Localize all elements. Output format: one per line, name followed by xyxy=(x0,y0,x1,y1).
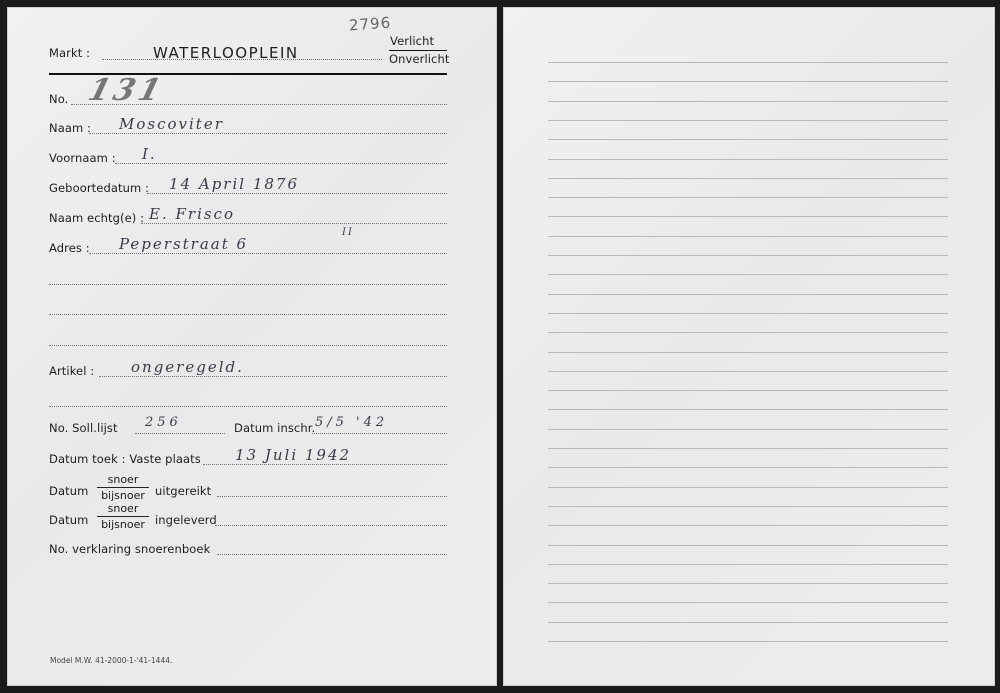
no-value: 131 xyxy=(84,73,168,108)
datum-toek-label: Datum toek : Vaste plaats xyxy=(49,452,201,466)
no-soll-lijst-field-line xyxy=(135,433,225,434)
ruled-line xyxy=(548,429,948,430)
datum-uitgereikt-prefix: Datum xyxy=(49,484,88,498)
ruled-line xyxy=(548,101,948,102)
ruled-line xyxy=(548,197,948,198)
ruled-line xyxy=(548,178,948,179)
lighting-option-verlicht: Verlicht xyxy=(390,34,434,48)
ruled-line xyxy=(548,236,948,237)
no-soll-lijst-label: No. Soll.lijst xyxy=(49,421,118,435)
archive-number: 2796 xyxy=(348,14,391,35)
naam-label: Naam : xyxy=(49,121,91,135)
ruled-line xyxy=(548,332,948,333)
fraction-top-snoer: snoer xyxy=(97,473,149,488)
datum-ingeleverd-suffix: ingeleverd xyxy=(155,513,217,527)
adres-extra-line-3 xyxy=(49,345,447,346)
artikel-label: Artikel : xyxy=(49,364,94,378)
ruled-line xyxy=(548,255,948,256)
adres-extra-line-1 xyxy=(49,284,447,285)
naam-value: Moscoviter xyxy=(119,115,224,133)
ruled-line xyxy=(548,390,948,391)
form-model-number: Model M.W. 41-2000-1-'41-1444. xyxy=(50,656,172,665)
naam-field-line xyxy=(89,133,447,134)
ruled-line xyxy=(548,62,948,63)
snoer-bijsnoer-fraction: snoer bijsnoer xyxy=(97,473,149,502)
markt-label: Markt : xyxy=(49,46,90,60)
ruled-line xyxy=(548,525,948,526)
datum-toek-field-line xyxy=(203,464,447,465)
ruled-line xyxy=(548,409,948,410)
voornaam-field-line xyxy=(115,163,447,164)
ruled-line xyxy=(548,274,948,275)
ruled-line xyxy=(548,352,948,353)
artikel-extra-line xyxy=(49,406,447,407)
registration-card-back xyxy=(503,7,995,686)
ruled-line xyxy=(548,120,948,121)
ruled-line xyxy=(548,159,948,160)
ruled-line xyxy=(548,81,948,82)
datum-inschr-label: Datum inschr. xyxy=(234,421,315,435)
datum-inschr-field-line xyxy=(312,433,447,434)
lighting-option-onverlicht: Onverlicht xyxy=(389,52,449,66)
adres-field-line xyxy=(89,253,447,254)
no-verklaring-field-line xyxy=(217,554,447,555)
datum-ingeleverd-prefix: Datum xyxy=(49,513,88,527)
ruled-line xyxy=(548,622,948,623)
ruled-line xyxy=(548,583,948,584)
artikel-value: ongeregeld. xyxy=(131,358,244,376)
ruled-line xyxy=(548,467,948,468)
ruled-line xyxy=(548,371,948,372)
adres-floor-sup: II xyxy=(342,227,354,238)
fraction-bottom-bijsnoer: bijsnoer xyxy=(97,517,149,531)
naam-echtgenote-label: Naam echtg(e) : xyxy=(49,211,144,225)
ruled-line xyxy=(548,313,948,314)
artikel-field-line xyxy=(99,376,447,377)
datum-uitgereikt-field-line xyxy=(217,496,447,497)
ruled-line xyxy=(548,545,948,546)
datum-inschr-value: 5/5 '42 xyxy=(315,415,388,430)
no-soll-lijst-value: 256 xyxy=(145,415,182,430)
naam-echtgenote-field-line xyxy=(141,223,447,224)
ruled-line xyxy=(548,216,948,217)
adres-extra-line-2 xyxy=(49,314,447,315)
ruled-line xyxy=(548,139,948,140)
snoer-bijsnoer-fraction: snoer bijsnoer xyxy=(97,502,149,531)
no-verklaring-label: No. verklaring snoerenboek xyxy=(49,542,210,556)
voornaam-label: Voornaam : xyxy=(49,151,116,165)
ruled-line xyxy=(548,564,948,565)
naam-echtgenote-value: E. Frisco xyxy=(149,205,235,223)
geboortedatum-label: Geboortedatum : xyxy=(49,181,149,195)
ruled-line xyxy=(548,641,948,642)
ruled-line xyxy=(548,506,948,507)
ruled-line xyxy=(548,602,948,603)
ruled-line xyxy=(548,448,948,449)
registration-card-front: 2796 Markt : WATERLOOPLEIN Verlicht Onve… xyxy=(7,7,497,686)
ruled-line xyxy=(548,487,948,488)
adres-value: Peperstraat 6 xyxy=(119,235,248,253)
geboortedatum-value: 14 April 1876 xyxy=(169,175,299,193)
markt-value: WATERLOOPLEIN xyxy=(153,44,299,62)
ruled-line xyxy=(548,294,948,295)
adres-label: Adres : xyxy=(49,241,90,255)
datum-ingeleverd-field-line xyxy=(215,525,447,526)
voornaam-value: I. xyxy=(142,145,157,163)
fraction-top-snoer: snoer xyxy=(97,502,149,517)
geboortedatum-field-line xyxy=(147,193,447,194)
datum-uitgereikt-suffix: uitgereikt xyxy=(155,484,211,498)
datum-toek-value: 13 Juli 1942 xyxy=(235,446,351,464)
fraction-bottom-bijsnoer: bijsnoer xyxy=(97,488,149,502)
lighting-option-divider xyxy=(389,50,447,51)
no-label: No. xyxy=(49,92,68,106)
